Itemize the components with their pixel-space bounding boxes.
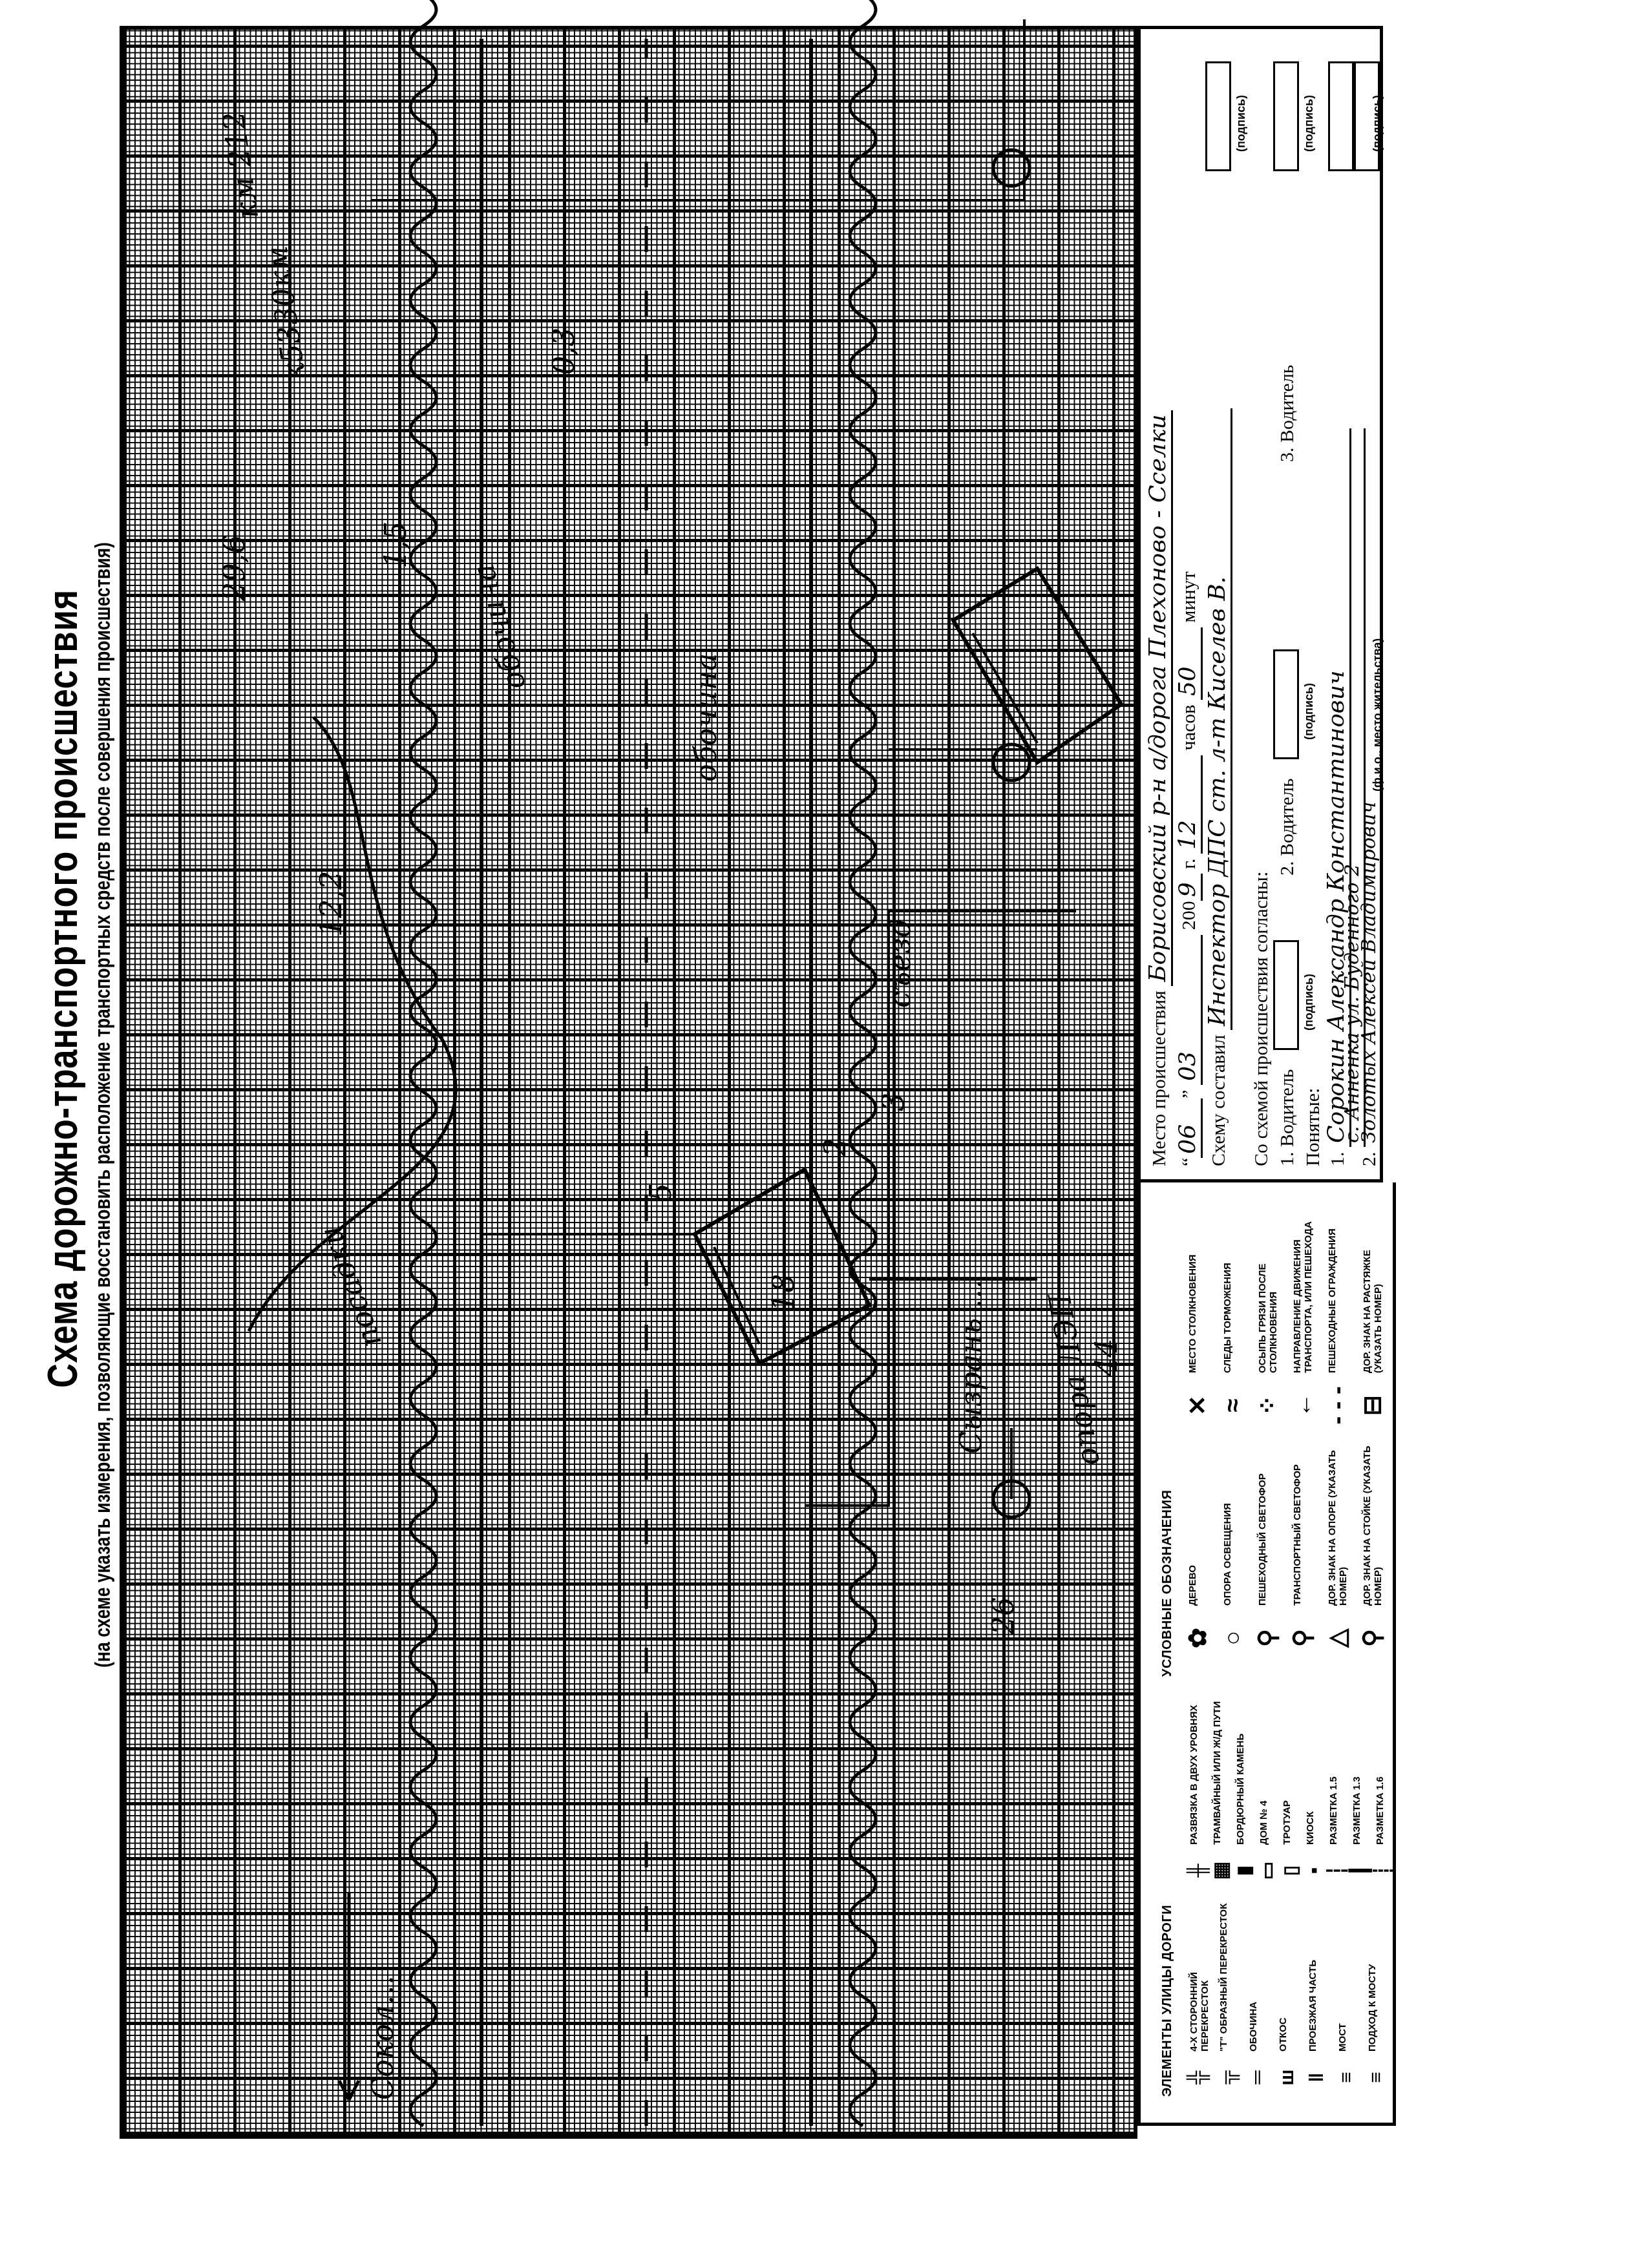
- sign-on-post-icon: ⚲: [1360, 1619, 1385, 1657]
- driver-3-signature-caption: (подпись): [1302, 95, 1316, 152]
- interchange-icon: ╫: [1186, 1851, 1210, 1890]
- driver-1-signature-caption: (подпись): [1302, 974, 1316, 1031]
- legend-road-label: ПРОЕЗЖАЯ ЧАСТЬ: [1307, 1903, 1318, 2052]
- legend-road-label: РАЗМЕТКА 1.3: [1351, 1696, 1362, 1845]
- tree-icon: ✿: [1186, 1619, 1210, 1657]
- annotation-distance-1-5: 1,5: [378, 521, 413, 569]
- composer-signature-box[interactable]: [1205, 61, 1231, 171]
- legend-road-label: ОБОЧИНА: [1248, 1903, 1259, 2052]
- legend-road-label: РАЗВЯЗКА В ДВУХ УРОВНЯХ: [1188, 1696, 1199, 1845]
- legend-label: ДЕРЕВО: [1187, 1444, 1198, 1606]
- driver-1-label: 1. Водитель: [1276, 1069, 1298, 1166]
- accident-scheme-page: Схема дорожно-транспортного происшествия…: [0, 0, 1648, 2268]
- annotation-direction-left: Сокол…: [365, 1975, 400, 2100]
- hand-drawn-diagram: км 212 к5330км Сокол… 29,6 12,2 1,5 5 18…: [120, 26, 1137, 2139]
- legend-title: УСЛОВНЫЕ ОБОЗНАЧЕНИЯ: [1160, 1490, 1175, 1677]
- legend-label: ДОР. ЗНАК НА ОПОРЕ (указать номер): [1327, 1444, 1349, 1606]
- witness-2-row: 2. Золотых Алексей Владимирович: [1358, 428, 1382, 1166]
- bridge-icon: ≡: [1335, 2058, 1359, 2097]
- kiosk-icon: ▪: [1302, 1851, 1327, 1890]
- curb-icon: ▮: [1232, 1851, 1257, 1890]
- driver-1-signature-box[interactable]: [1273, 940, 1299, 1050]
- four-way-intersection-icon: ╬: [1186, 2058, 1210, 2097]
- witness-signature-caption: (подпись): [1371, 95, 1384, 152]
- legend-label: ТРАНСПОРТНЫЙ СВЕТОФОР: [1292, 1444, 1303, 1606]
- accident-info-form: Место происшествия Борисовский р-н а/дор…: [1137, 26, 1383, 1182]
- sign-on-pole-icon: △: [1326, 1619, 1350, 1657]
- bridge-approach-icon: ≡: [1364, 2058, 1389, 2097]
- legend-road-label: РАЗМЕТКА 1.6: [1375, 1696, 1386, 1845]
- annotation-pole-number: 44: [1089, 1338, 1124, 1376]
- witnesses-label: Понятые:: [1302, 1088, 1324, 1166]
- house-icon: ▭: [1256, 1851, 1280, 1890]
- minutes-label: минут: [1178, 571, 1199, 622]
- year-digit-field[interactable]: 9: [1174, 874, 1203, 901]
- witness-2-number: 2.: [1358, 1152, 1380, 1167]
- legend-road-label: КИОСК: [1305, 1696, 1316, 1845]
- annotation-direction-right: Сызрань …: [953, 1279, 988, 1454]
- legend-label: ДОР. ЗНАК НА РАСТЯЖКЕ (указать номер): [1362, 1212, 1384, 1373]
- place-label: Место происшествия: [1148, 991, 1170, 1166]
- annotation-distance-18: 18: [766, 1274, 801, 1312]
- composed-label: Схему составил: [1208, 1035, 1229, 1166]
- composed-field[interactable]: Инспектор ДПС ст. л-т Киселев В.: [1204, 408, 1232, 1030]
- traffic-light-icon: ⚲: [1291, 1619, 1315, 1657]
- sidewalk-icon: ▯: [1279, 1851, 1304, 1890]
- annotation-distance-0-3: 0,3: [546, 328, 581, 375]
- date-month-field[interactable]: 03: [1174, 935, 1203, 1085]
- witness-caption: (ф.и.о., место жительства): [1371, 638, 1384, 792]
- legend-label: ОСЫПЬ ГРЯЗИ ПОСЛЕ СТОЛКНОВЕНИЯ: [1257, 1212, 1279, 1373]
- composed-row: Схему составил Инспектор ДПС ст. л-т Кис…: [1204, 408, 1232, 1166]
- tram-rail-icon: ▦: [1209, 1851, 1234, 1890]
- witness-1-signature-box[interactable]: [1328, 61, 1354, 171]
- driver-2-label: 2. Водитель: [1276, 778, 1298, 876]
- shoulder-icon: ═: [1245, 2058, 1270, 2097]
- marking-1-3-icon: ┃: [1349, 1851, 1373, 1890]
- legend-label: ОПОРА ОСВЕЩЕНИЯ: [1222, 1444, 1233, 1606]
- legend-label: СЛЕДЫ ТОРМОЖЕНИЯ: [1222, 1212, 1233, 1373]
- annotation-exit: съезд: [882, 919, 917, 1008]
- annotation-distance-12-2: 12,2: [313, 871, 348, 937]
- place-field[interactable]: Борисовский р-н а/дорога Плехоново - Ссе…: [1145, 410, 1173, 985]
- legend-road-label: БОРДЮРНЫЙ КАМЕНЬ: [1235, 1696, 1246, 1845]
- minute-field[interactable]: 50: [1174, 627, 1203, 700]
- annotation-distance-29-6: 29,6: [217, 535, 251, 601]
- composer-signature-caption: (подпись): [1234, 95, 1248, 152]
- marking-1-5-icon: ┆: [1326, 1851, 1350, 1890]
- annotation-distance-26: 26: [986, 1597, 1020, 1635]
- legend-label: ДОР. ЗНАК НА СТОЙКЕ (указать номер): [1362, 1444, 1384, 1606]
- witness-1-number: 1.: [1327, 1152, 1348, 1167]
- debris-icon: ⁘: [1256, 1386, 1280, 1425]
- legend-panel: УСЛОВНЫЕ ОБОЗНАЧЕНИЯ ЭЛЕМЕНТЫ УЛИЦЫ ДОРО…: [1137, 1182, 1396, 2126]
- hours-label: часов: [1178, 705, 1199, 751]
- annotation-distance-2: 2: [818, 1138, 852, 1157]
- date-day-field[interactable]: 06: [1174, 1098, 1203, 1158]
- sign-on-wire-icon: ⊟: [1360, 1386, 1385, 1425]
- page-title: Схема дорожно-транспортного происшествия: [39, 310, 87, 1666]
- roadway-icon: ‖: [1305, 2058, 1329, 2097]
- date-row: “06” 03 2009 г. 12 часов 50 минут: [1174, 571, 1203, 1166]
- pedestrian-fence-icon: - - -: [1326, 1386, 1350, 1425]
- legend-road-label: РАЗМЕТКА 1.5: [1328, 1696, 1339, 1845]
- agreed-label: Со схемой происшествия согласны:: [1251, 872, 1273, 1166]
- driver-2-signature-caption: (подпись): [1302, 683, 1316, 740]
- page-subtitle: (на схеме указать измерения, позволяющие…: [90, 324, 116, 1886]
- legend-road-label: 4-х СТОРОННИЙ ПЕРЕКРЕСТОК: [1188, 1903, 1210, 2052]
- collision-point-icon: ✕: [1186, 1386, 1210, 1425]
- t-intersection-icon: ╦: [1216, 2058, 1240, 2097]
- legend-label: МЕСТО СТОЛКНОВЕНИЯ: [1187, 1212, 1198, 1373]
- direction-arrow-icon: ←: [1291, 1386, 1315, 1425]
- annotation-distance-5: 5: [643, 1183, 678, 1202]
- hour-field[interactable]: 12: [1174, 755, 1203, 854]
- annotation-shoulder-right: обочина: [688, 653, 723, 782]
- pedestrian-light-icon: ⚲: [1256, 1619, 1280, 1657]
- marking-1-6-icon: ┊: [1372, 1851, 1397, 1890]
- brake-marks-icon: ≈: [1221, 1386, 1245, 1425]
- legend-label: НАПРАВЛЕНИЕ ДВИЖЕНИЯ ТРАНСПОРТА, ИЛИ ПЕШ…: [1292, 1212, 1314, 1373]
- legend-road-label: ТРАМВАЙНЫЙ ИЛИ Ж/Д ПУТИ: [1212, 1696, 1223, 1845]
- legend-road-label: ОТКОС: [1278, 1903, 1289, 2052]
- year-prefix: 200: [1178, 901, 1199, 930]
- driver-2-signature-box[interactable]: [1273, 649, 1299, 759]
- place-row: Место происшествия Борисовский р-н а/дор…: [1145, 410, 1173, 1166]
- legend-road-label: ТРОТУАР: [1282, 1696, 1293, 1845]
- legend-road-label: "Т" ОБРАЗНЫЙ ПЕРЕКРЕСТОК: [1218, 1903, 1229, 2052]
- legend-road-label: ПОДХОД К МОСТУ: [1367, 1903, 1378, 2052]
- annotation-distance-3: 3: [876, 1093, 911, 1111]
- year-suffix: г.: [1178, 858, 1199, 868]
- legend-road-label: МОСТ: [1337, 1903, 1348, 2052]
- slope-icon: ш: [1275, 2058, 1300, 2097]
- lamp-post-icon: ○: [1221, 1619, 1245, 1657]
- legend-label: ПЕШЕХОДНЫЙ СВЕТОФОР: [1257, 1444, 1268, 1606]
- legend-label: ПЕШЕХОДНЫЕ ОГРАЖДЕНИЯ: [1327, 1212, 1338, 1373]
- road-elements-title: ЭЛЕМЕНТЫ УЛИЦЫ ДОРОГИ: [1160, 1905, 1175, 2097]
- driver-3-signature-box[interactable]: [1273, 61, 1299, 171]
- legend-road-label: ДОМ № 4: [1258, 1696, 1269, 1845]
- driver-3-label: 3. Водитель: [1276, 364, 1298, 462]
